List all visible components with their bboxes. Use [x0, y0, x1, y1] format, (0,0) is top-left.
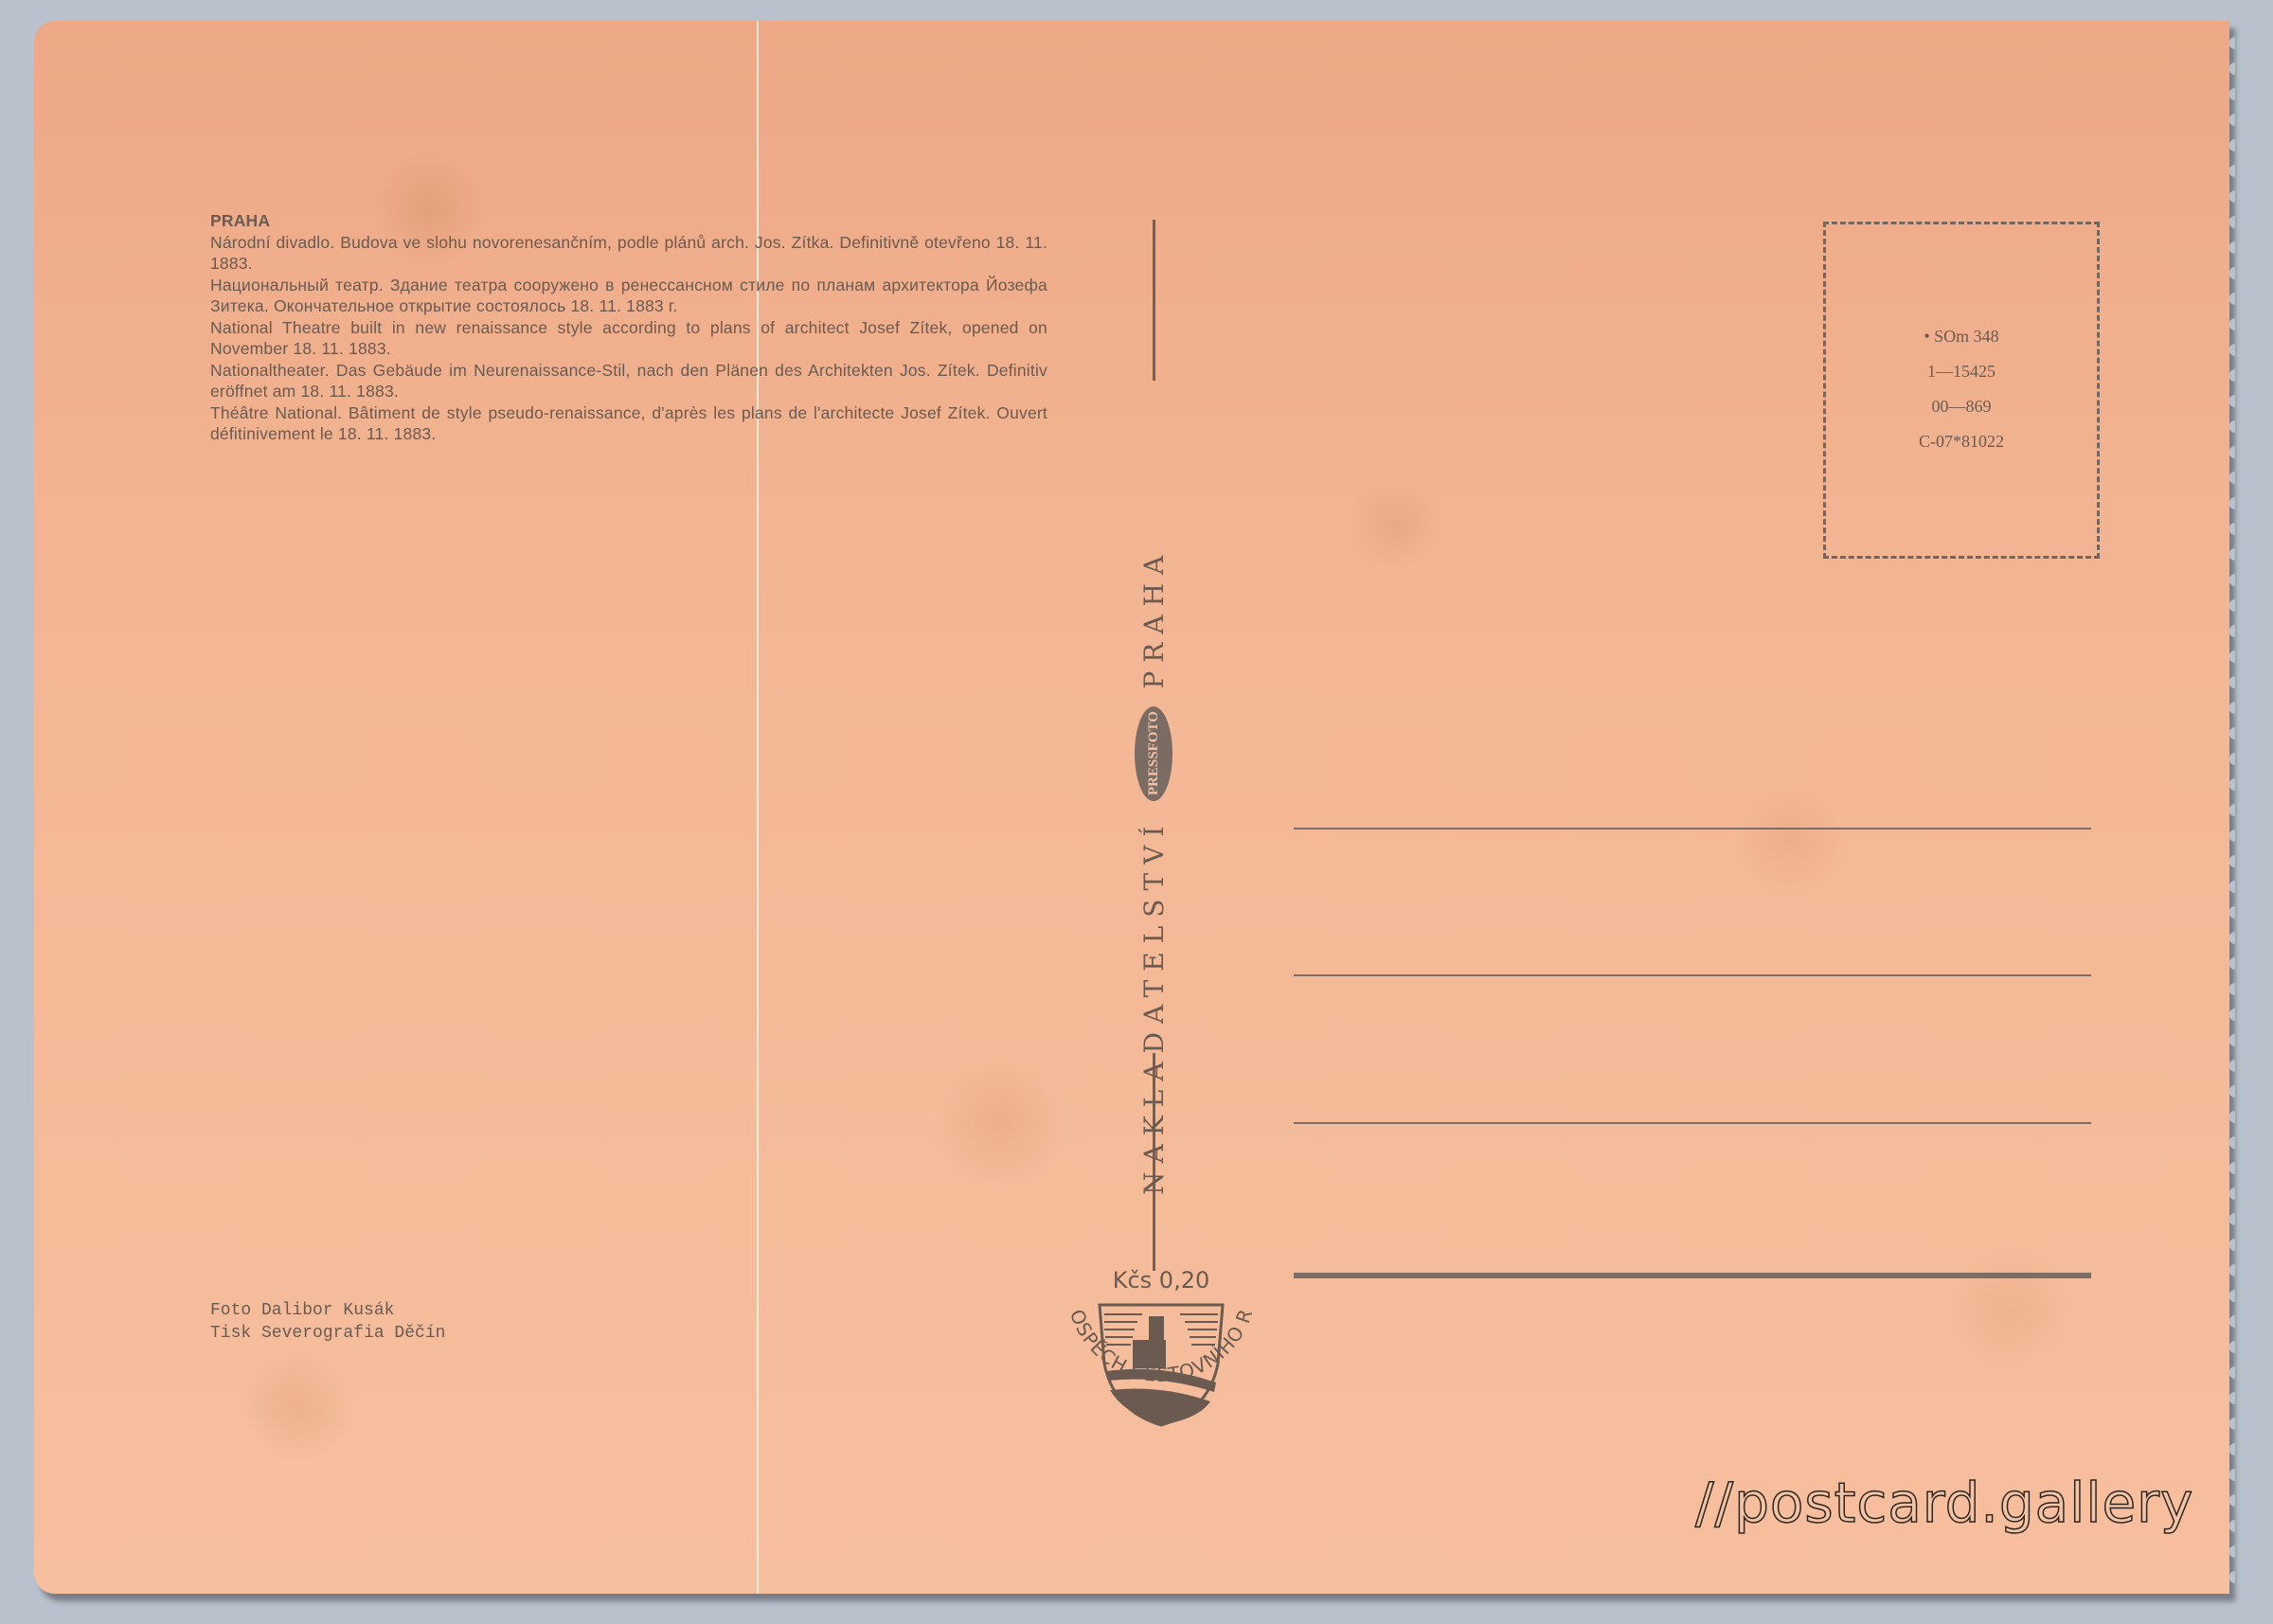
address-line-1 — [1294, 828, 2091, 830]
divider-top — [1153, 220, 1155, 381]
description-czech: Národní divadlo. Budova ve slohu novoren… — [210, 232, 1047, 275]
description-title: PRAHA — [210, 210, 1047, 232]
postcard-back: PRAHA Národní divadlo. Budova ve slohu n… — [34, 21, 2229, 1594]
credits: Foto Dalibor Kusák Tisk Severografia Děč… — [210, 1299, 445, 1345]
stamp-code-4: C-07*81022 — [1826, 424, 2097, 459]
fee-price: Kčs 0,20 — [1047, 1267, 1275, 1294]
photo-credit: Foto Dalibor Kusák — [210, 1299, 445, 1322]
stamp-code-3: 00—869 — [1826, 389, 2097, 424]
description-german: Nationaltheater. Das Gebäude im Neurenai… — [210, 360, 1047, 402]
pressfoto-logo-icon: PRESSFOTO — [1135, 706, 1172, 801]
description-block: PRAHA Národní divadlo. Budova ve slohu n… — [210, 210, 1047, 445]
stamp-box: • SOm 348 1—15425 00—869 C-07*81022 — [1823, 222, 2100, 559]
address-line-3 — [1294, 1122, 2091, 1124]
description-russian: Национальный театр. Здание театра сооруж… — [210, 275, 1047, 317]
stamp-code-1: • SOm 348 — [1826, 319, 2097, 354]
stamp-code-2: 1—15425 — [1826, 354, 2097, 389]
publisher-imprint: NAKLADATELSTVÍ PRESSFOTO PRAHA — [1125, 547, 1182, 1195]
address-line-2 — [1294, 974, 2091, 976]
description-french: Théâtre National. Bâtiment de style pseu… — [210, 402, 1047, 445]
address-line-4 — [1294, 1273, 2091, 1278]
description-english: National Theatre built in new renaissanc… — [210, 317, 1047, 360]
fee-stamp: Kčs 0,20 VE PROSPĚCH CESTOVNÍHO RUCHU — [1047, 1259, 1275, 1477]
publisher-name: NAKLADATELSTVÍ — [1138, 818, 1170, 1195]
perforated-edge — [2222, 30, 2235, 1588]
watermark-text: //postcard.gallery — [1695, 1471, 2193, 1535]
print-credit: Tisk Severografia Děčín — [210, 1322, 445, 1345]
publisher-city: PRAHA — [1138, 547, 1170, 689]
